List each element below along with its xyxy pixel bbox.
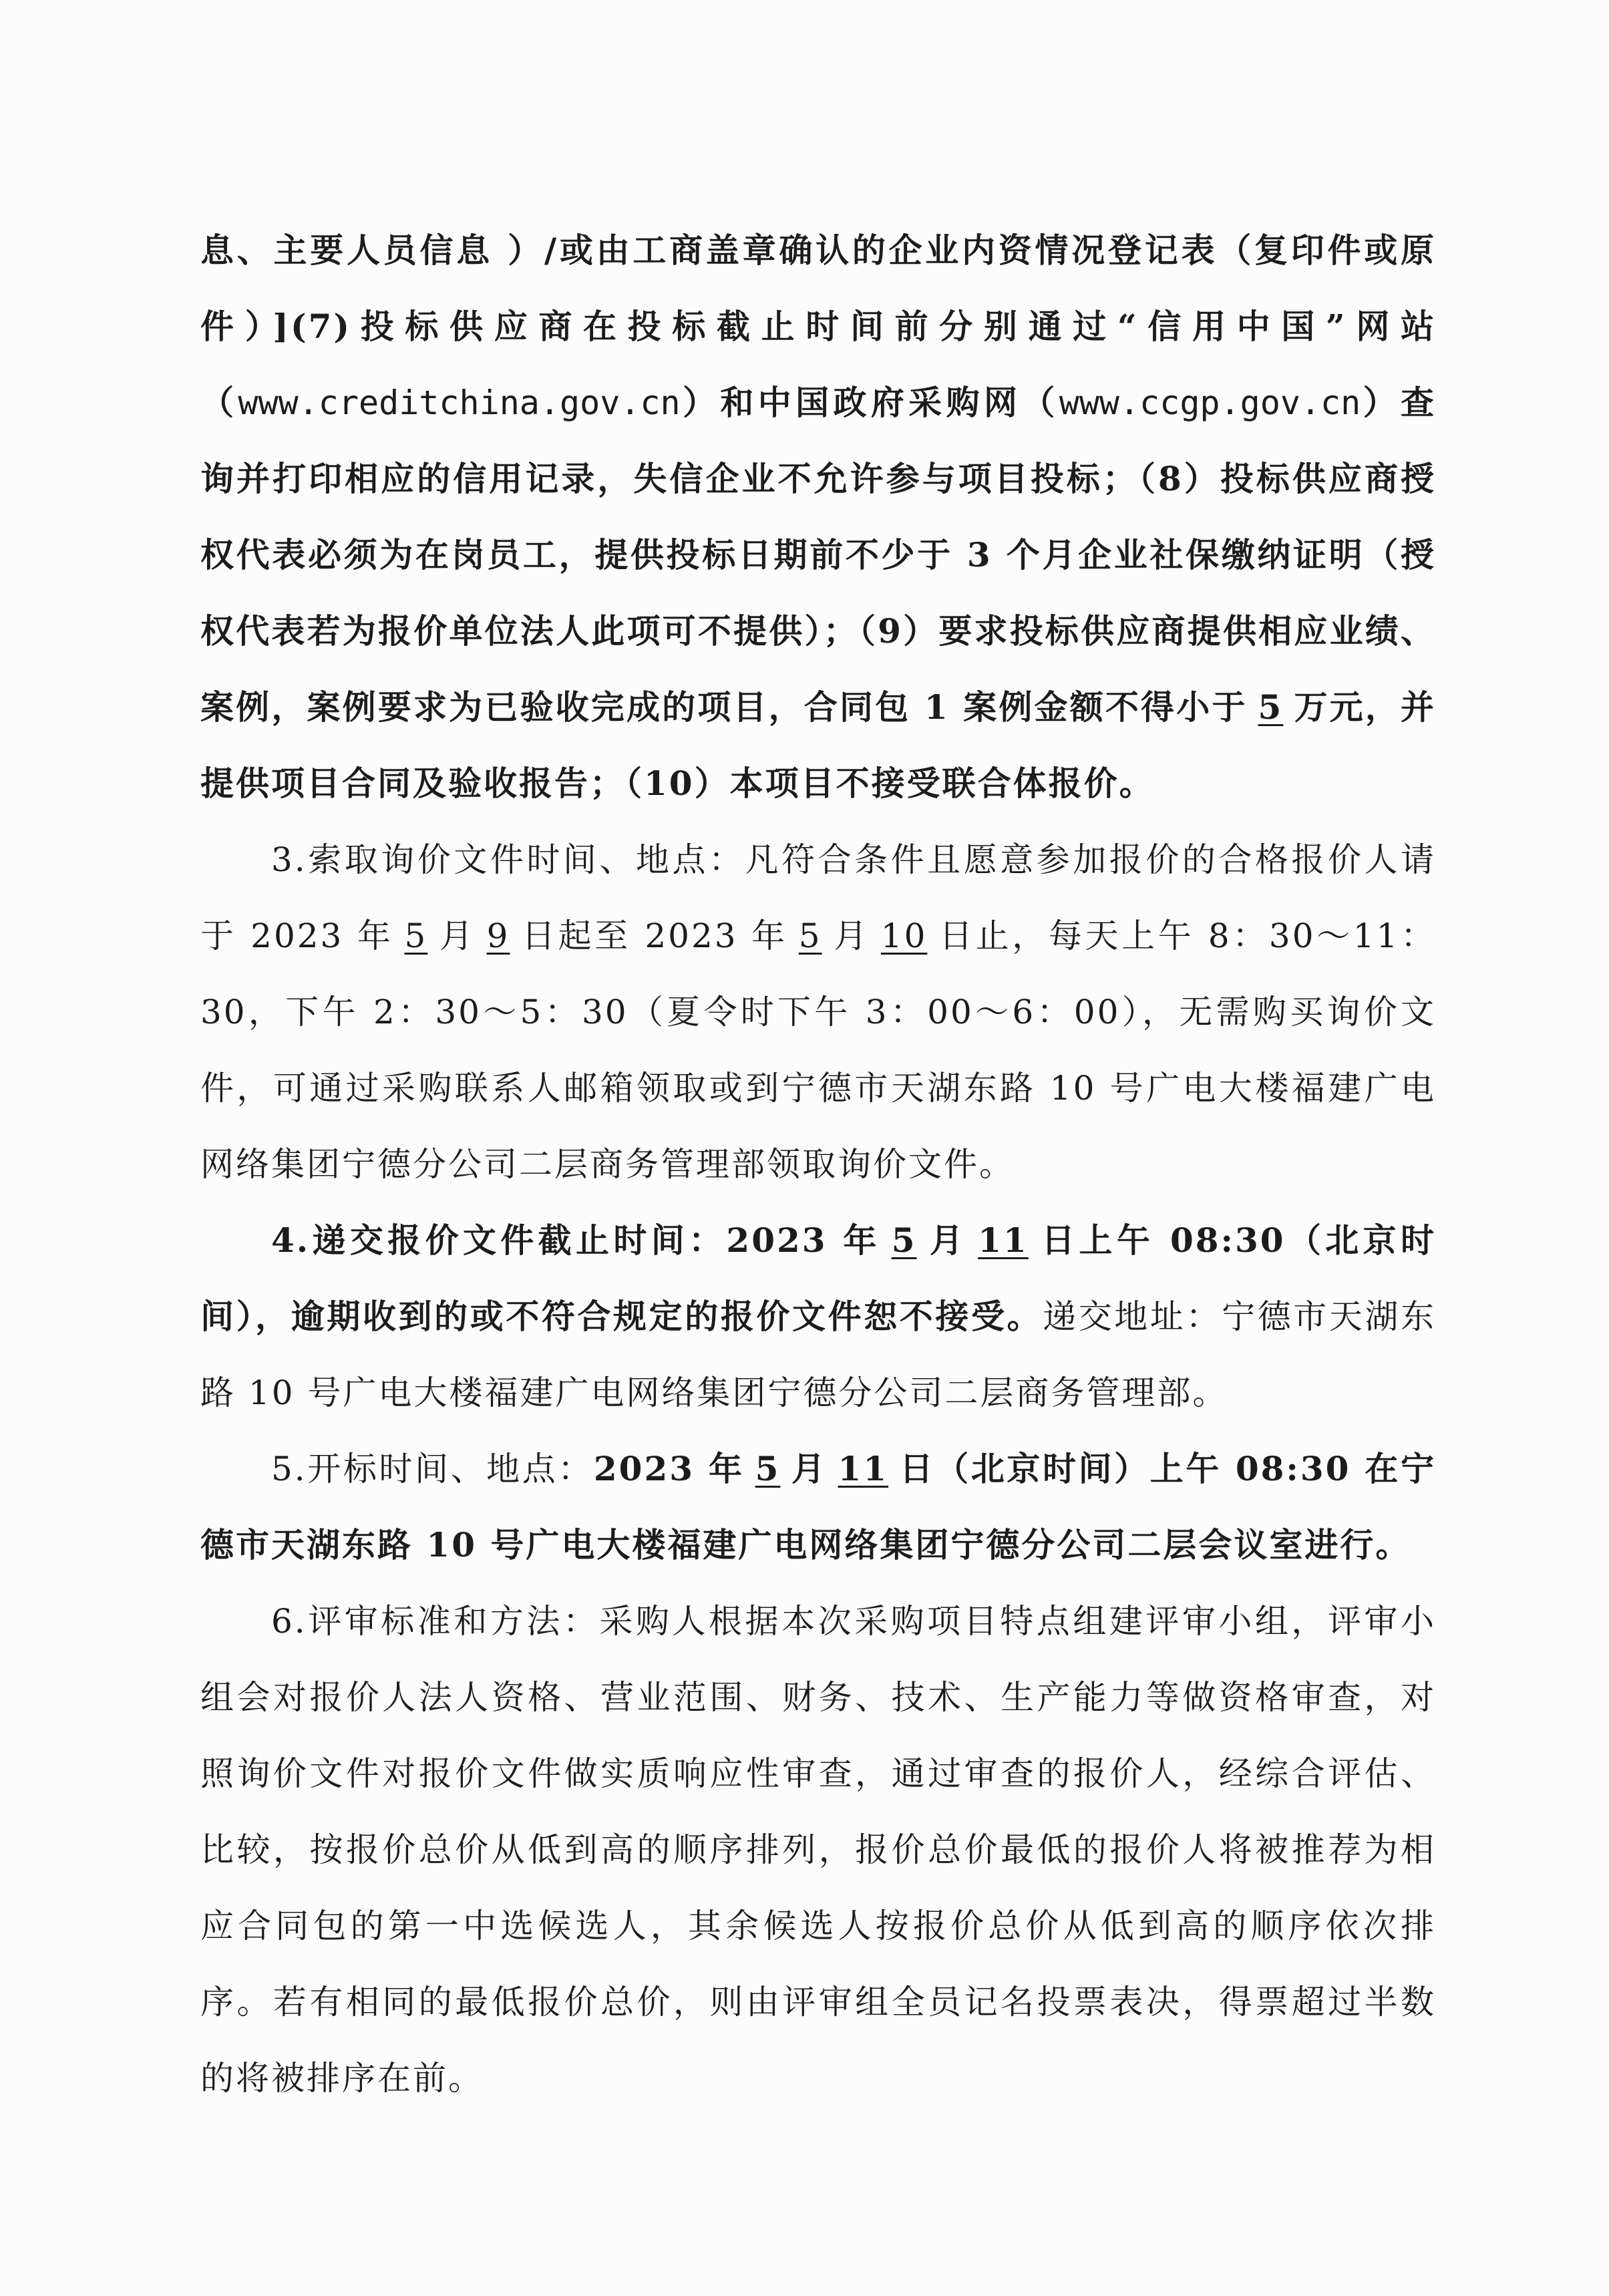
section-3-inquiry-documents: 3.索取询价文件时间、地点：凡符合条件且愿意参加报价的合格报价人请于 2023 … [200,822,1436,1202]
text-segment: 月 [438,917,476,955]
text-segment: 日起至 2023 年 [520,917,787,955]
min-amount-field: 5 [1248,687,1294,727]
end-month-field: 5 [788,917,833,955]
section-6-heading: 6.评审标准和方法： [271,1602,599,1641]
start-day-field: 9 [476,917,521,955]
end-day-field: 10 [870,917,938,955]
paragraph-qualification-continuation: 息、主要人员信息 ）/或由工商盖章确认的企业内资情况登记表（复印件或原件）](7… [200,212,1436,822]
link-ccgp-url: www.ccgp.gov.cn [1059,383,1361,422]
section-4-submission-deadline: 4.递交报价文件截止时间：2023 年5月11日上午 08:30（北京时间），逾… [200,1202,1436,1431]
document-page: 息、主要人员信息 ）/或由工商盖章确认的企业内资情况登记表（复印件或原件）](7… [200,212,1436,2116]
text-segment: 月 [833,917,870,955]
section-6-evaluation-method: 6.评审标准和方法：采购人根据本次采购项目特点组建评审小组，评审小组会对报价人法… [200,1583,1436,2116]
start-month-field: 5 [394,917,439,955]
deadline-day-field: 11 [967,1220,1039,1260]
section-4-heading: 4.递交报价文件截止时间： [271,1220,726,1260]
section-3-heading: 3.索取询价文件时间、地点： [271,840,745,879]
text-segment: 月 [928,1220,968,1260]
text-segment: ）和中国政府采购网（ [681,383,1059,422]
link-creditchina-url: www.creditchina.gov.cn [238,383,680,422]
text-segment: ）查询并打印相应的信用记录，失信企业不允许参与项目投标；（8）投标供应商授权代表… [200,383,1436,727]
opening-day-field: 11 [828,1449,900,1488]
text-segment: 采购人根据本次采购项目特点组建评审小组，评审小组会对报价人法人资格、营业范围、财… [200,1602,1436,2098]
section-5-bid-opening: 5.开标时间、地点：2023 年5月11日（北京时间）上午 08:30 在宁德市… [200,1431,1436,1583]
text-segment: 日止，每天上午 8：30～11：30，下午 2：30～5：30（夏令时下午 3：… [200,917,1436,1184]
section-5-heading: 5.开标时间、地点： [271,1450,594,1488]
text-segment: 月 [791,1449,827,1488]
deadline-month-field: 5 [881,1220,928,1260]
text-segment: 2023 年 [594,1449,745,1488]
text-segment: 2023 年 [726,1220,880,1260]
opening-month-field: 5 [745,1449,791,1488]
